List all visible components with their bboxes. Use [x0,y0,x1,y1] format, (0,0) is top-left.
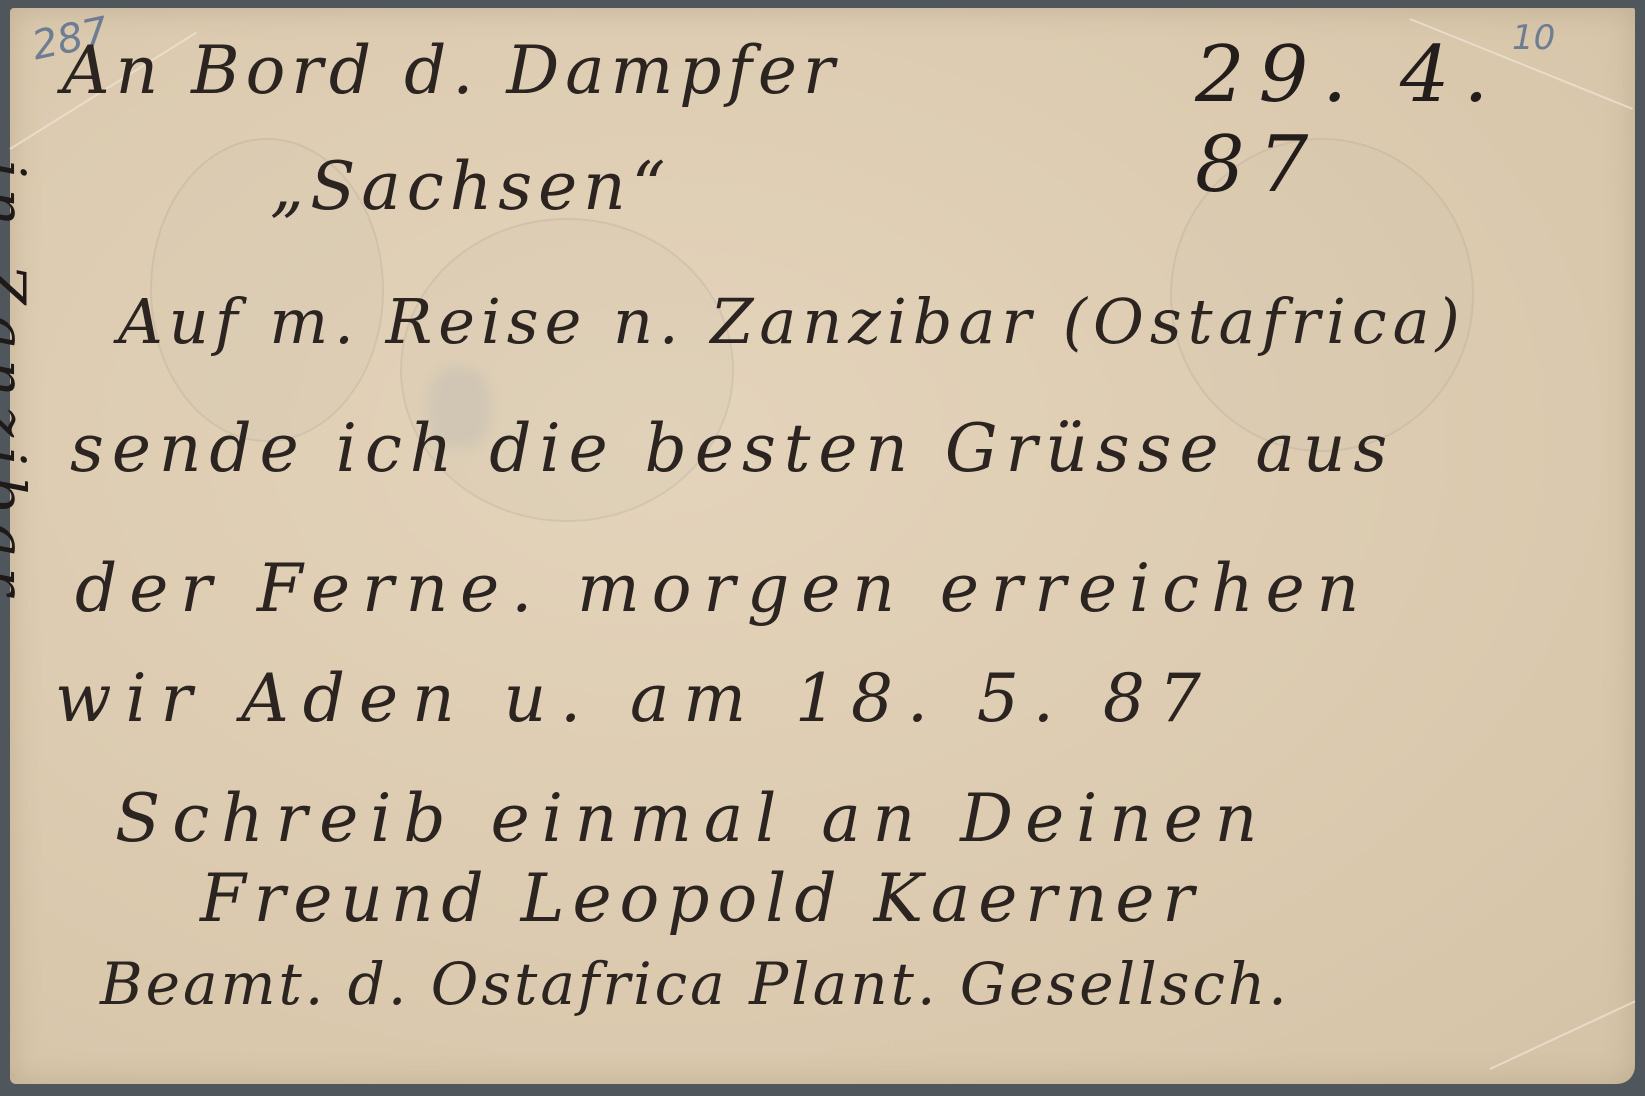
handwritten-line-2: „Sachsen“ [270,148,671,225]
vertical-note: in Zanzibar [0,160,38,605]
handwritten-line-8: Freund Leopold Kaerner [200,860,1202,937]
handwritten-line-3: Auf m. Reise n. Zanzibar (Ostafrica) [118,285,1466,358]
handwritten-line-1: An Bord d. Dampfer [62,32,841,109]
handwritten-line-4: sende ich die besten Grüsse aus [70,410,1395,487]
crease-bottom-right [1490,1000,1636,1069]
handwritten-line-6: wir Aden u. am 18. 5. 87 [55,660,1215,737]
date: 29. 4. 87 [1195,30,1645,210]
handwritten-line-5: der Ferne. morgen erreichen [75,550,1371,627]
handwritten-line-7: Schreib einmal an Deinen [115,780,1269,857]
handwritten-line-9: Beamt. d. Ostafrica Plant. Gesellsch. [100,950,1290,1018]
